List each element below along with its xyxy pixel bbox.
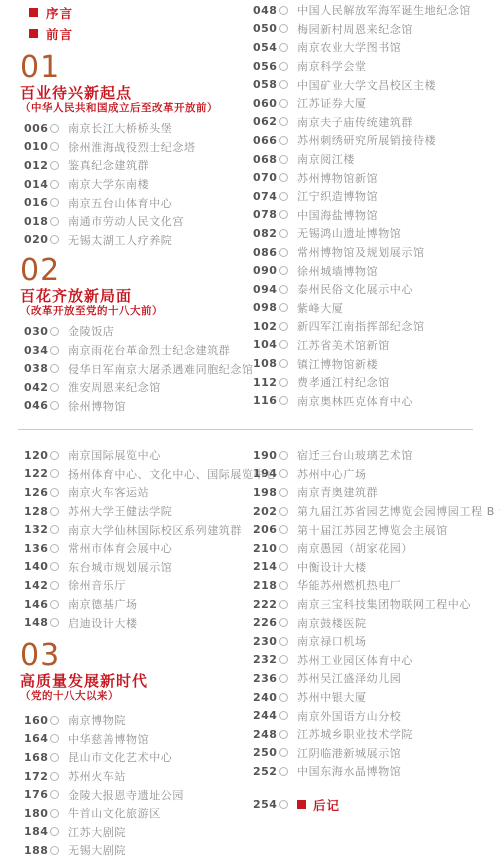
ring-bullet-icon (279, 711, 288, 720)
ring-bullet-icon (50, 525, 59, 534)
entry-title: 江苏城乡职业技术学院 (297, 726, 413, 742)
entry-title: 南京阅江楼 (297, 151, 355, 167)
section-title: 百花齐放新局面 (20, 288, 245, 304)
entry-page-number: 066 (253, 134, 277, 147)
entry-title: 南京三宝科技集团物联网工程中心 (297, 596, 471, 612)
toc-entry-row: 090 徐州城墙博物馆 (249, 261, 494, 280)
entry-title: 徐州音乐厅 (68, 577, 126, 593)
toc-entry-row: 034 南京雨花台革命烈士纪念建筑群 (20, 341, 245, 360)
entry-page-number: 006 (24, 122, 48, 135)
ring-bullet-icon (279, 748, 288, 757)
section-subtitle: （党的十八大以来） (20, 690, 245, 703)
ring-bullet-icon (279, 674, 288, 683)
toc-entry-row: 018 南通市劳动人民文化宫 (20, 212, 245, 231)
toc-entry-row: 244 南京外国语方山分校 (249, 706, 494, 725)
red-square-bullet-icon (29, 8, 38, 17)
entry-page-number: 082 (253, 227, 277, 240)
entry-page-number: 198 (253, 486, 277, 499)
section-subtitle: （中华人民共和国成立后至改革开放前） (20, 102, 245, 115)
ring-bullet-icon (50, 198, 59, 207)
ring-bullet-icon (279, 80, 288, 89)
ring-bullet-icon (50, 716, 59, 725)
ring-bullet-icon (279, 581, 288, 590)
toc-entry-row: 180 牛首山文化旅游区 (20, 804, 245, 823)
toc-entry-row: 050 梅园新村周恩来纪念馆 (249, 20, 494, 39)
entry-page-number: 210 (253, 542, 277, 555)
toc-entry-row: 164 中华慈善博物馆 (20, 730, 245, 749)
entry-page-number: 112 (253, 376, 277, 389)
ring-bullet-icon (279, 655, 288, 664)
toc-column-top-left: 序言 前言 01 百业待兴新起点 （中华人民共和国成立后至改革开放前） 006 … (20, 2, 245, 415)
red-square-bullet-icon (29, 29, 38, 38)
front-item-label: 前言 (46, 25, 73, 43)
entry-title: 苏州刺绣研究所展销接待楼 (297, 132, 436, 148)
toc-entry-row: 038 侵华日军南京大屠杀遇难同胞纪念馆 (20, 359, 245, 378)
entry-page-number: 074 (253, 190, 277, 203)
entry-page-number: 108 (253, 357, 277, 370)
entry-page-number: 070 (253, 171, 277, 184)
toc-entry-row: 062 南京夫子庙传统建筑群 (249, 113, 494, 132)
entry-title: 无锡大剧院 (68, 842, 126, 858)
entry-page-number: 146 (24, 598, 48, 611)
toc-entry-row: 210 南京愚园（胡家花园） (249, 539, 494, 558)
toc-entry-row: 148 启迪设计大楼 (20, 613, 245, 632)
ring-bullet-icon (279, 229, 288, 238)
entry-page-number: 176 (24, 788, 48, 801)
toc-entry-row: 046 徐州博物馆 (20, 397, 245, 416)
entry-page-number: 058 (253, 78, 277, 91)
ring-bullet-icon (279, 600, 288, 609)
entry-page-number: 226 (253, 616, 277, 629)
toc-page: 序言 前言 01 百业待兴新起点 （中华人民共和国成立后至改革开放前） 006 … (0, 0, 500, 867)
entry-page-number: 034 (24, 344, 48, 357)
ring-bullet-icon (279, 303, 288, 312)
toc-entry-row: 236 苏州吴江盛泽幼儿园 (249, 669, 494, 688)
entry-title: 泰州民俗文化展示中心 (297, 281, 413, 297)
toc-entry-row: 016 南京五台山体育中心 (20, 193, 245, 212)
entry-title: 中衡设计大楼 (297, 559, 367, 575)
entry-title: 中国人民解放军海军诞生地纪念馆 (297, 2, 471, 18)
toc-entry-row: 128 苏州大学王健法学院 (20, 502, 245, 521)
entry-page-number: 012 (24, 159, 48, 172)
entry-page-number: 188 (24, 844, 48, 857)
toc-entry-row: 218 华能苏州燃机热电厂 (249, 576, 494, 595)
entry-page-number: 128 (24, 505, 48, 518)
entry-title: 中国东海水晶博物馆 (297, 763, 401, 779)
entry-title: 无锡太湖工人疗养院 (68, 232, 172, 248)
ring-bullet-icon (279, 767, 288, 776)
toc-entry-row: 070 苏州博物馆新馆 (249, 168, 494, 187)
ring-bullet-icon (50, 507, 59, 516)
ring-bullet-icon (50, 827, 59, 836)
entry-title: 南京博物院 (68, 712, 126, 728)
entry-title: 南京奥林匹克体育中心 (297, 393, 413, 409)
entry-page-number: 038 (24, 362, 48, 375)
entry-title: 苏州工业园区体育中心 (297, 652, 413, 668)
entry-page-number: 054 (253, 41, 277, 54)
toc-entry-row: 132 南京大学仙林国际校区系列建筑群 (20, 520, 245, 539)
ring-bullet-icon (50, 581, 59, 590)
section-subtitle: （改革开放至党的十八大前） (20, 305, 245, 318)
ring-bullet-icon (50, 235, 59, 244)
ring-bullet-icon (279, 340, 288, 349)
ring-bullet-icon (279, 618, 288, 627)
entry-title: 南京大学东南楼 (68, 176, 149, 192)
entry-page-number: 030 (24, 325, 48, 338)
toc-entry-row: 014 南京大学东南楼 (20, 175, 245, 194)
entry-title: 江阴临港新城展示馆 (297, 745, 401, 761)
entry-title: 南京青奥建筑群 (297, 484, 378, 500)
section-title: 高质量发展新时代 (20, 673, 245, 689)
entry-page-number: 060 (253, 97, 277, 110)
entry-page-number: 116 (253, 394, 277, 407)
toc-entry-row: 058 中国矿业大学文昌校区主楼 (249, 75, 494, 94)
toc-entry-row: 194 苏州中心广场 (249, 465, 494, 484)
entry-title: 江苏证券大厦 (297, 95, 367, 111)
toc-entry-row: 188 无锡大剧院 (20, 841, 245, 860)
entry-page-number: 126 (24, 486, 48, 499)
toc-entry-row: 012 鉴真纪念建筑群 (20, 156, 245, 175)
toc-entry-row: 214 中衡设计大楼 (249, 558, 494, 577)
entry-page-number: 048 (253, 4, 277, 17)
toc-entry-row: 126 南京火车客运站 (20, 483, 245, 502)
ring-bullet-icon (279, 322, 288, 331)
section-number: 01 (20, 54, 245, 82)
entry-page-number: 050 (253, 22, 277, 35)
toc-column-bottom-right: 190 宿迁三台山玻璃艺术馆 194 苏州中心广场 198 南京青奥建筑群 (249, 446, 494, 814)
ring-bullet-icon (279, 192, 288, 201)
toc-entry-row: 056 南京科学会堂 (249, 57, 494, 76)
entry-page-number: 090 (253, 264, 277, 277)
toc-entry-row: 202 第九届江苏省园艺博览会园博园工程 B 馆 (249, 502, 494, 521)
entry-title: 南京国际展览中心 (68, 447, 161, 463)
toc-entry-row: 168 昆山市文化艺术中心 (20, 748, 245, 767)
ring-bullet-icon (50, 846, 59, 855)
entry-page-number: 168 (24, 751, 48, 764)
toc-entry-row: 120 南京国际展览中心 (20, 446, 245, 465)
entry-title: 金陵大报恩寺遗址公园 (68, 787, 184, 803)
ring-bullet-icon (279, 637, 288, 646)
entry-title: 南京德基广场 (68, 596, 138, 612)
ring-bullet-icon (279, 210, 288, 219)
entry-title: 江苏大剧院 (68, 824, 126, 840)
ring-bullet-icon (279, 730, 288, 739)
entry-page-number: 120 (24, 449, 48, 462)
toc-entry-row: 176 金陵大报恩寺遗址公园 (20, 785, 245, 804)
toc-entry-row: 102 新四军江南指挥部纪念馆 (249, 317, 494, 336)
toc-entry-row: 146 南京德基广场 (20, 595, 245, 614)
section-3-header: 03 高质量发展新时代 （党的十八大以来） (20, 642, 245, 703)
entry-title: 南京愚园（胡家花园） (297, 540, 413, 556)
entry-page-number: 086 (253, 246, 277, 259)
entry-page-number: 014 (24, 178, 48, 191)
ring-bullet-icon (279, 248, 288, 257)
toc-entry-row: 140 东台城市规划展示馆 (20, 558, 245, 577)
ring-bullet-icon (50, 364, 59, 373)
section-3-entry-list: 160 南京博物院 164 中华慈善博物馆 168 昆山市文化艺术中心 (20, 711, 245, 860)
toc-entry-row: 116 南京奥林匹克体育中心 (249, 391, 494, 410)
toc-entry-row: 230 南京禄口机场 (249, 632, 494, 651)
red-square-bullet-icon (297, 800, 306, 809)
toc-entry-row: 104 江苏省美术馆新馆 (249, 336, 494, 355)
front-item-label: 序言 (46, 4, 73, 22)
horizontal-divider (18, 429, 473, 430)
toc-entry-row: 066 苏州刺绣研究所展销接待楼 (249, 131, 494, 150)
toc-entry-row: 206 第十届江苏园艺博览会主展馆 (249, 520, 494, 539)
entry-page-number: 172 (24, 770, 48, 783)
entry-title: 常州市体育会展中心 (68, 540, 172, 556)
entry-page-number: 160 (24, 714, 48, 727)
entry-page-number: 042 (24, 381, 48, 394)
toc-entry-row: 142 徐州音乐厅 (20, 576, 245, 595)
toc-entry-row: 250 江阴临港新城展示馆 (249, 744, 494, 763)
ring-bullet-icon (279, 285, 288, 294)
ring-bullet-icon (279, 43, 288, 52)
ring-bullet-icon (50, 451, 59, 460)
entry-title: 南京农业大学图书馆 (297, 39, 401, 55)
ring-bullet-icon (279, 507, 288, 516)
toc-column-top-right: 048 中国人民解放军海军诞生地纪念馆 050 梅园新村周恩来纪念馆 054 南… (249, 1, 494, 410)
section-1-header: 01 百业待兴新起点 （中华人民共和国成立后至改革开放前） (20, 54, 245, 115)
ring-bullet-icon (50, 217, 59, 226)
backmatter-label: 后记 (313, 796, 340, 814)
entry-page-number: 142 (24, 579, 48, 592)
toc-entry-row: 198 南京青奥建筑群 (249, 483, 494, 502)
entry-page-number: 136 (24, 542, 48, 555)
ring-bullet-icon (279, 525, 288, 534)
entry-page-number: 020 (24, 233, 48, 246)
entry-page-number: 240 (253, 691, 277, 704)
entry-page-number: 190 (253, 449, 277, 462)
ring-bullet-icon (50, 469, 59, 478)
entry-page-number: 250 (253, 746, 277, 759)
ring-bullet-icon (279, 693, 288, 702)
toc-entry-row: 082 无锡鸿山遗址博物馆 (249, 224, 494, 243)
entry-title: 江宁织造博物馆 (297, 188, 378, 204)
front-item-foreword: 前言 (20, 23, 245, 44)
entry-page-number: 218 (253, 579, 277, 592)
toc-entry-row: 136 常州市体育会展中心 (20, 539, 245, 558)
toc-entry-row: 184 江苏大剧院 (20, 823, 245, 842)
entry-page-number: 206 (253, 523, 277, 536)
section-2-header: 02 百花齐放新局面 （改革开放至党的十八大前） (20, 257, 245, 318)
entry-title: 苏州大学王健法学院 (68, 503, 172, 519)
ring-bullet-icon (50, 327, 59, 336)
toc-entry-row: 094 泰州民俗文化展示中心 (249, 280, 494, 299)
ring-bullet-icon (279, 173, 288, 182)
entry-title: 无锡鸿山遗址博物馆 (297, 225, 401, 241)
entry-title: 第九届江苏省园艺博览会园博园工程 B 馆 (297, 503, 500, 519)
entry-title: 昆山市文化艺术中心 (68, 749, 172, 765)
toc-column-bottom-left: 120 南京国际展览中心 122 扬州体育中心、文化中心、国际展览中心 126 … (20, 446, 245, 860)
ring-bullet-icon (279, 544, 288, 553)
entry-title: 江苏省美术馆新馆 (297, 337, 390, 353)
ring-bullet-icon (50, 809, 59, 818)
ring-bullet-icon (279, 99, 288, 108)
toc-entry-row: 248 江苏城乡职业技术学院 (249, 725, 494, 744)
entry-title: 苏州中银大厦 (297, 689, 367, 705)
ring-bullet-icon (50, 562, 59, 571)
entry-page-number: 236 (253, 672, 277, 685)
toc-entry-row: 054 南京农业大学图书馆 (249, 38, 494, 57)
ring-bullet-icon (50, 618, 59, 627)
ring-bullet-icon (279, 266, 288, 275)
entry-title: 南京外国语方山分校 (297, 708, 401, 724)
toc-entry-row: 108 镇江博物馆新楼 (249, 354, 494, 373)
ring-bullet-icon (279, 469, 288, 478)
entry-page-number: 148 (24, 616, 48, 629)
entry-title: 南京禄口机场 (297, 633, 367, 649)
toc-entry-row: 240 苏州中银大厦 (249, 688, 494, 707)
section-number: 02 (20, 257, 245, 285)
entry-title: 侵华日军南京大屠杀遇难同胞纪念馆 (68, 361, 254, 377)
section-number: 03 (20, 642, 245, 670)
entry-title: 启迪设计大楼 (68, 615, 138, 631)
entry-title: 苏州吴江盛泽幼儿园 (297, 670, 401, 686)
ring-bullet-icon (50, 346, 59, 355)
section-1-entry-list: 006 南京长江大桥桥头堡 010 徐州淮海战役烈士纪念塔 012 鉴真纪念建筑… (20, 119, 245, 249)
entry-title: 宿迁三台山玻璃艺术馆 (297, 447, 413, 463)
entry-page-number: 180 (24, 807, 48, 820)
entry-page-number: 098 (253, 301, 277, 314)
entry-title: 紫峰大厦 (297, 300, 343, 316)
toc-entry-row: 112 费孝通江村纪念馆 (249, 373, 494, 392)
toc-entry-row: 190 宿迁三台山玻璃艺术馆 (249, 446, 494, 465)
entry-title: 南京鼓楼医院 (297, 615, 367, 631)
top-right-entry-list: 048 中国人民解放军海军诞生地纪念馆 050 梅园新村周恩来纪念馆 054 南… (249, 1, 494, 410)
ring-bullet-icon (279, 117, 288, 126)
entry-page-number: 184 (24, 825, 48, 838)
entry-title: 苏州博物馆新馆 (297, 170, 378, 186)
ring-bullet-icon (279, 24, 288, 33)
toc-entry-row: 068 南京阅江楼 (249, 150, 494, 169)
bottom-right-entry-list: 190 宿迁三台山玻璃艺术馆 194 苏州中心广场 198 南京青奥建筑群 (249, 446, 494, 781)
entry-title: 金陵饭店 (68, 323, 114, 339)
ring-bullet-icon (50, 790, 59, 799)
entry-title: 鉴真纪念建筑群 (68, 157, 149, 173)
entry-title: 牛首山文化旅游区 (68, 805, 161, 821)
entry-title: 徐州淮海战役烈士纪念塔 (68, 139, 196, 155)
entry-title: 苏州火车站 (68, 768, 126, 784)
entry-page-number: 252 (253, 765, 277, 778)
ring-bullet-icon (279, 136, 288, 145)
entry-page-number: 104 (253, 338, 277, 351)
ring-bullet-icon (50, 142, 59, 151)
ring-bullet-icon (50, 488, 59, 497)
toc-entry-row: 226 南京鼓楼医院 (249, 613, 494, 632)
ring-bullet-icon (50, 734, 59, 743)
toc-entry-row: 086 常州博物馆及规划展示馆 (249, 243, 494, 262)
entry-page-number: 094 (253, 283, 277, 296)
entry-title: 中国矿业大学文昌校区主楼 (297, 77, 436, 93)
toc-entry-row: 098 紫峰大厦 (249, 299, 494, 318)
ring-bullet-icon (50, 180, 59, 189)
section-title: 百业待兴新起点 (20, 85, 245, 101)
entry-title: 中国海盐博物馆 (297, 207, 378, 223)
entry-title: 东台城市规划展示馆 (68, 559, 172, 575)
toc-entry-row: 030 金陵饭店 (20, 322, 245, 341)
toc-entry-row: 160 南京博物院 (20, 711, 245, 730)
ring-bullet-icon (50, 753, 59, 762)
ring-bullet-icon (279, 6, 288, 15)
ring-bullet-icon (50, 772, 59, 781)
entry-title: 南京大学仙林国际校区系列建筑群 (68, 522, 242, 538)
toc-entry-row: 078 中国海盐博物馆 (249, 206, 494, 225)
entry-page-number: 046 (24, 399, 48, 412)
ring-bullet-icon (50, 383, 59, 392)
toc-entry-row: 232 苏州工业园区体育中心 (249, 651, 494, 670)
entry-page-number: 232 (253, 653, 277, 666)
toc-entry-row: 060 江苏证券大厦 (249, 94, 494, 113)
entry-page-number: 248 (253, 728, 277, 741)
ring-bullet-icon (279, 451, 288, 460)
entry-title: 第十届江苏园艺博览会主展馆 (297, 522, 448, 538)
entry-title: 南京火车客运站 (68, 484, 149, 500)
entry-page-number: 254 (253, 798, 277, 811)
toc-entry-row: 020 无锡太湖工人疗养院 (20, 231, 245, 250)
entry-page-number: 140 (24, 560, 48, 573)
ring-bullet-icon (279, 155, 288, 164)
bottom-left-entry-list: 120 南京国际展览中心 122 扬州体育中心、文化中心、国际展览中心 126 … (20, 446, 245, 632)
entry-title: 华能苏州燃机热电厂 (297, 577, 401, 593)
entry-page-number: 062 (253, 115, 277, 128)
ring-bullet-icon (279, 378, 288, 387)
entry-title: 新四军江南指挥部纪念馆 (297, 318, 425, 334)
ring-bullet-icon (50, 401, 59, 410)
entry-title: 南京雨花台革命烈士纪念建筑群 (68, 342, 230, 358)
toc-entry-row: 006 南京长江大桥桥头堡 (20, 119, 245, 138)
ring-bullet-icon (279, 800, 288, 809)
toc-entry-row: 010 徐州淮海战役烈士纪念塔 (20, 138, 245, 157)
toc-entry-row: 222 南京三宝科技集团物联网工程中心 (249, 595, 494, 614)
ring-bullet-icon (50, 600, 59, 609)
entry-page-number: 214 (253, 560, 277, 573)
entry-page-number: 102 (253, 320, 277, 333)
entry-page-number: 194 (253, 467, 277, 480)
entry-page-number: 244 (253, 709, 277, 722)
entry-title: 南通市劳动人民文化宫 (68, 213, 184, 229)
entry-page-number: 202 (253, 505, 277, 518)
entry-title: 常州博物馆及规划展示馆 (297, 244, 425, 260)
entry-title: 南京科学会堂 (297, 58, 367, 74)
entry-page-number: 018 (24, 215, 48, 228)
entry-page-number: 222 (253, 598, 277, 611)
toc-entry-row: 252 中国东海水晶博物馆 (249, 762, 494, 781)
entry-title: 淮安周恩来纪念馆 (68, 379, 161, 395)
entry-title: 徐州城墙博物馆 (297, 263, 378, 279)
entry-title: 费孝通江村纪念馆 (297, 374, 390, 390)
entry-title: 南京五台山体育中心 (68, 195, 172, 211)
entry-page-number: 078 (253, 208, 277, 221)
ring-bullet-icon (279, 488, 288, 497)
toc-entry-row: 122 扬州体育中心、文化中心、国际展览中心 (20, 465, 245, 484)
entry-title: 镇江博物馆新楼 (297, 356, 378, 372)
entry-title: 梅园新村周恩来纪念馆 (297, 21, 413, 37)
entry-page-number: 164 (24, 732, 48, 745)
backmatter-row: 254 后记 (249, 796, 494, 815)
entry-page-number: 056 (253, 60, 277, 73)
entry-page-number: 132 (24, 523, 48, 536)
entry-title: 南京夫子庙传统建筑群 (297, 114, 413, 130)
toc-entry-row: 042 淮安周恩来纪念馆 (20, 378, 245, 397)
entry-title: 南京长江大桥桥头堡 (68, 120, 172, 136)
toc-entry-row: 048 中国人民解放军海军诞生地纪念馆 (249, 1, 494, 20)
front-item-preface: 序言 (20, 2, 245, 23)
section-2-entry-list: 030 金陵饭店 034 南京雨花台革命烈士纪念建筑群 038 侵华日军南京大屠… (20, 322, 245, 415)
ring-bullet-icon (50, 544, 59, 553)
ring-bullet-icon (279, 396, 288, 405)
ring-bullet-icon (50, 124, 59, 133)
